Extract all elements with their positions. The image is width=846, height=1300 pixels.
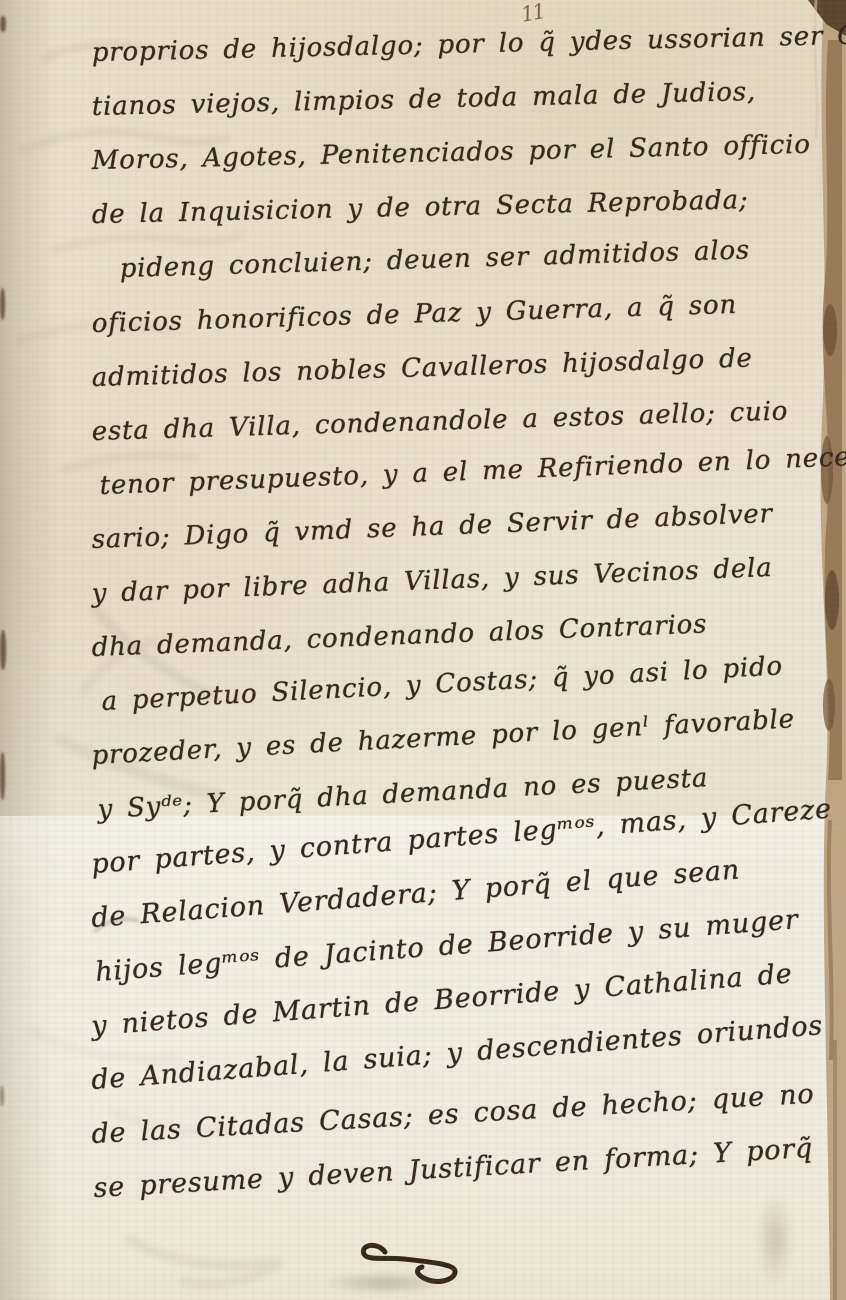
manuscript-line: esta dha Villa, condenandole a estos ael… xyxy=(92,393,808,447)
manuscript-line: y dar por libre adha Villas, y sus Vecin… xyxy=(92,555,808,609)
page-edge-mark xyxy=(0,630,6,670)
ink-smudge xyxy=(300,1268,470,1298)
manuscript-page: 11 proprios de hijosdalgo; por lo q̃ yde… xyxy=(0,0,846,1300)
manuscript-line: pideng concluien; deuen ser admitidos al… xyxy=(92,230,808,284)
page-edge-mark xyxy=(0,1086,4,1106)
manuscript-line: tenor presupuesto, y a el me Refiriendo … xyxy=(92,447,808,501)
page-edge-mark xyxy=(0,16,6,32)
binding-gutter-shadow xyxy=(0,0,70,1300)
manuscript-line: Moros, Agotes, Penitenciados por el Sant… xyxy=(92,122,808,176)
page-edge-mark xyxy=(0,752,5,800)
manuscript-line: oficios honorificos de Paz y Guerra, a q… xyxy=(92,284,808,338)
manuscript-line: de la Inquisicion y de otra Secta Reprob… xyxy=(92,176,808,230)
page-edge-mark xyxy=(0,288,5,320)
manuscript-line: tianos viejos, limpios de toda mala de J… xyxy=(92,68,808,122)
manuscript-line: admitidos los nobles Cavalleros hijosdal… xyxy=(92,339,808,393)
manuscript-line: proprios de hijosdalgo; por lo q̃ ydes u… xyxy=(92,14,808,68)
manuscript-line: se presume y deven Justificar en forma; … xyxy=(92,1150,808,1204)
manuscript-line: sario; Digo q̃ vmd se ha de Servir de ab… xyxy=(92,501,808,555)
ink-smudge xyxy=(752,1180,798,1300)
manuscript-text-block: proprios de hijosdalgo; por lo q̃ ydes u… xyxy=(92,14,808,1204)
